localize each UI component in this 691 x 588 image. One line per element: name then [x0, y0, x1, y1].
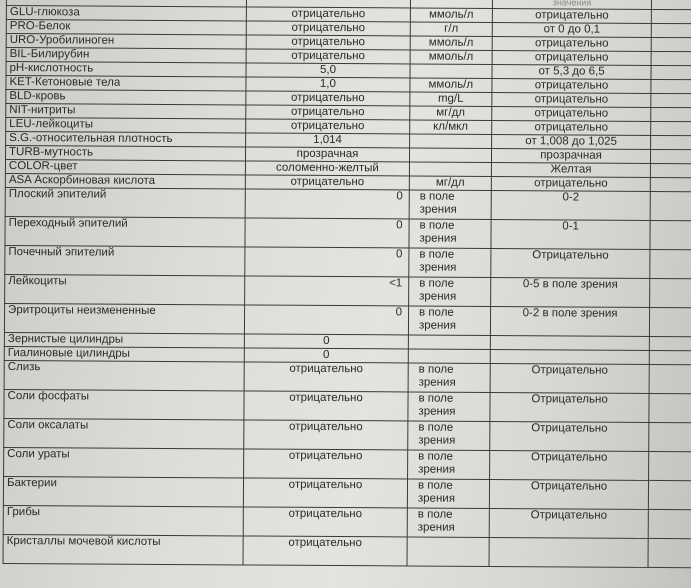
row-result: 0 [245, 189, 409, 219]
table-row: Плоский эпителий0в поле зрения0-2 [5, 187, 691, 220]
blank-cell [652, 23, 691, 37]
row-unit: в поле зрения [409, 190, 491, 219]
row-norm: отрицательно [491, 120, 651, 135]
row-name: Бактерии [3, 476, 243, 506]
table-row: Соли уратыотрицательнов поле зренияОтриц… [4, 447, 691, 480]
row-unit: в поле зрения [409, 248, 491, 277]
row-result: отрицательно [246, 105, 410, 120]
blank-cell [649, 364, 691, 393]
row-unit: в поле зрения [408, 421, 490, 450]
table-row: Почечный эпителий0в поле зренияОтрицател… [5, 245, 691, 278]
row-result: <1 [245, 276, 409, 306]
row-result: 1,014 [246, 133, 410, 148]
row-norm: отрицательно [492, 50, 652, 65]
row-result: 0 [245, 247, 409, 277]
table-row: Слизьотрицательнов поле зренияОтрицатель… [4, 360, 691, 393]
row-result: 1,0 [246, 77, 410, 92]
row-result: отрицательно [244, 449, 408, 479]
row-unit: в поле зрения [408, 450, 490, 479]
row-norm: отрицательно [492, 36, 652, 51]
table-row: Лейкоциты<1в поле зрения0-5 в поле зрени… [5, 274, 691, 307]
urinalysis-table: значения GLU-глюкозаотрицательноммоль/ло… [3, 0, 691, 568]
row-name: Соли оксалаты [4, 418, 244, 448]
row-result: отрицательно [246, 91, 410, 106]
row-result: отрицательно [243, 507, 407, 537]
blank-cell [649, 480, 691, 509]
blank-cell [648, 538, 691, 567]
row-norm: Отрицательно [489, 450, 649, 480]
row-norm: Отрицательно [489, 479, 649, 509]
table-row: Бактерииотрицательнов поле зренияОтрицат… [3, 476, 691, 509]
blank-cell [650, 278, 691, 307]
row-name: Почечный эпителий [5, 245, 245, 275]
table-row: Эритроциты неизмененные0в поле зрения0-2… [4, 303, 691, 336]
row-norm: отрицательно [491, 176, 651, 191]
row-result: отрицательно [244, 391, 408, 421]
row-name: Соли ураты [4, 447, 244, 477]
row-unit [410, 64, 492, 78]
row-norm: Отрицательно [491, 248, 651, 278]
row-result: отрицательно [244, 362, 408, 392]
row-name: BLD-кровь [6, 90, 246, 105]
blank-cell [650, 249, 691, 278]
row-norm: 0-2 в поле зрения [490, 306, 650, 336]
row-result: отрицательно [243, 536, 407, 566]
row-unit [407, 537, 489, 566]
row-name: Зернистые цилиндры [4, 332, 244, 347]
row-name: Грибы [3, 505, 243, 535]
row-result: отрицательно [246, 21, 410, 36]
row-name: ASA Аскорбиновая кислота [5, 173, 245, 188]
row-unit: в поле зрения [409, 277, 491, 306]
blank-cell [651, 79, 691, 93]
row-unit [408, 335, 490, 349]
blank-cell [650, 220, 691, 249]
row-norm: от 0 до 0,1 [492, 22, 652, 37]
row-unit: ммоль/л [410, 50, 492, 64]
blank-cell [649, 451, 691, 480]
row-norm [490, 335, 650, 350]
row-name: S.G.-относительная плотность [6, 132, 246, 147]
row-unit [409, 148, 491, 162]
row-norm: 0-2 [491, 190, 651, 220]
row-unit: в поле зрения [407, 508, 489, 537]
row-result: отрицательно [243, 478, 407, 508]
row-norm: отрицательно [492, 8, 652, 23]
row-result: 0 [245, 218, 409, 248]
row-norm: Отрицательно [490, 421, 650, 451]
row-name: PRO-Белок [6, 20, 246, 35]
row-unit: в поле зрения [408, 306, 490, 335]
row-norm [489, 537, 649, 567]
lab-results-sheet: значения GLU-глюкозаотрицательноммоль/ло… [0, 0, 691, 588]
row-name: LEU-лейкоциты [6, 118, 246, 133]
row-unit: ммоль/л [410, 8, 492, 22]
table-row: Кристаллы мочевой кислотыотрицательно [3, 534, 691, 567]
row-name: GLU-глюкоза [6, 6, 246, 21]
row-name: Гиалиновые цилиндры [4, 346, 244, 361]
row-result: отрицательно [246, 35, 410, 50]
row-norm: отрицательно [492, 78, 652, 93]
row-name: TURB-мутность [5, 146, 245, 161]
table-row: Переходный эпителий0в поле зрения0-1 [5, 216, 691, 249]
blank-cell [651, 65, 691, 79]
blank-cell [651, 163, 691, 177]
row-name: Кристаллы мочевой кислоты [3, 534, 243, 564]
row-name: Лейкоциты [5, 274, 245, 304]
blank-cell [649, 393, 691, 422]
row-unit: в поле зрения [407, 479, 489, 508]
blank-cell [649, 422, 691, 451]
row-unit [410, 134, 492, 148]
row-unit: кл/мкл [410, 120, 492, 134]
row-result: 0 [244, 305, 408, 335]
blank-cell [650, 191, 691, 220]
row-result: отрицательно [246, 119, 410, 134]
blank-cell [651, 149, 691, 163]
row-unit: мг/дл [409, 176, 491, 190]
row-result: 0 [244, 334, 408, 349]
row-name: Эритроциты неизмененные [4, 303, 244, 333]
row-result: соломенно-желтый [245, 161, 409, 176]
row-unit: мг/дл [410, 106, 492, 120]
blank-cell [650, 307, 691, 336]
row-norm: Отрицательно [489, 508, 649, 538]
row-norm: прозрачная [491, 148, 651, 163]
blank-cell [651, 177, 691, 191]
row-name: pH-кислотность [6, 62, 246, 77]
blank-cell [650, 350, 691, 364]
row-norm: 0-1 [491, 219, 651, 249]
row-unit: ммоль/л [410, 36, 492, 50]
row-unit [408, 349, 490, 363]
row-name: BIL-Билирубин [6, 48, 246, 63]
row-unit: в поле зрения [408, 363, 490, 392]
row-result: 0 [244, 348, 408, 363]
blank-cell [651, 121, 691, 135]
row-norm: 0-5 в поле зрения [490, 277, 650, 307]
row-unit: в поле зрения [408, 392, 490, 421]
blank-cell [648, 509, 691, 538]
row-norm: отрицательно [492, 92, 652, 107]
row-name: Переходный эпителий [5, 216, 245, 246]
row-unit: в поле зрения [409, 219, 491, 248]
blank-cell [650, 336, 691, 350]
table-row: Соли оксалатыотрицательнов поле зренияОт… [4, 418, 691, 451]
row-result: отрицательно [246, 49, 410, 64]
row-name: URO-Уробилиноген [6, 34, 246, 49]
row-norm: от 1,008 до 1,025 [491, 134, 651, 149]
row-name: Слизь [4, 360, 244, 390]
row-norm: Отрицательно [490, 363, 650, 393]
row-result: отрицательно [244, 420, 408, 450]
blank-cell [652, 9, 691, 23]
table-row: Соли фосфатыотрицательнов поле зренияОтр… [4, 389, 691, 422]
row-result: 5,0 [246, 63, 410, 78]
row-name: NIT-нитриты [6, 104, 246, 119]
blank-cell [651, 37, 691, 51]
row-unit [409, 162, 491, 176]
row-unit: ммоль/л [410, 78, 492, 92]
blank-cell [651, 93, 691, 107]
row-norm [490, 349, 650, 364]
table-row: Грибыотрицательнов поле зренияОтрицатель… [3, 505, 691, 538]
row-name: Плоский эпителий [5, 187, 245, 217]
row-norm: Желтая [491, 162, 651, 177]
blank-cell [651, 135, 691, 149]
row-norm: от 5,3 до 6,5 [492, 64, 652, 79]
row-name: KET-Кетоновые тела [6, 76, 246, 91]
row-norm: Отрицательно [490, 392, 650, 422]
row-name: Соли фосфаты [4, 389, 244, 419]
row-result: отрицательно [245, 175, 409, 190]
row-norm: отрицательно [492, 106, 652, 121]
row-name: COLOR-цвет [5, 159, 245, 174]
blank-cell [651, 107, 691, 121]
row-unit: mg/L [410, 92, 492, 106]
row-result: отрицательно [246, 7, 410, 22]
blank-cell [651, 51, 691, 65]
row-result: прозрачная [245, 147, 409, 162]
row-unit: г/л [410, 22, 492, 36]
